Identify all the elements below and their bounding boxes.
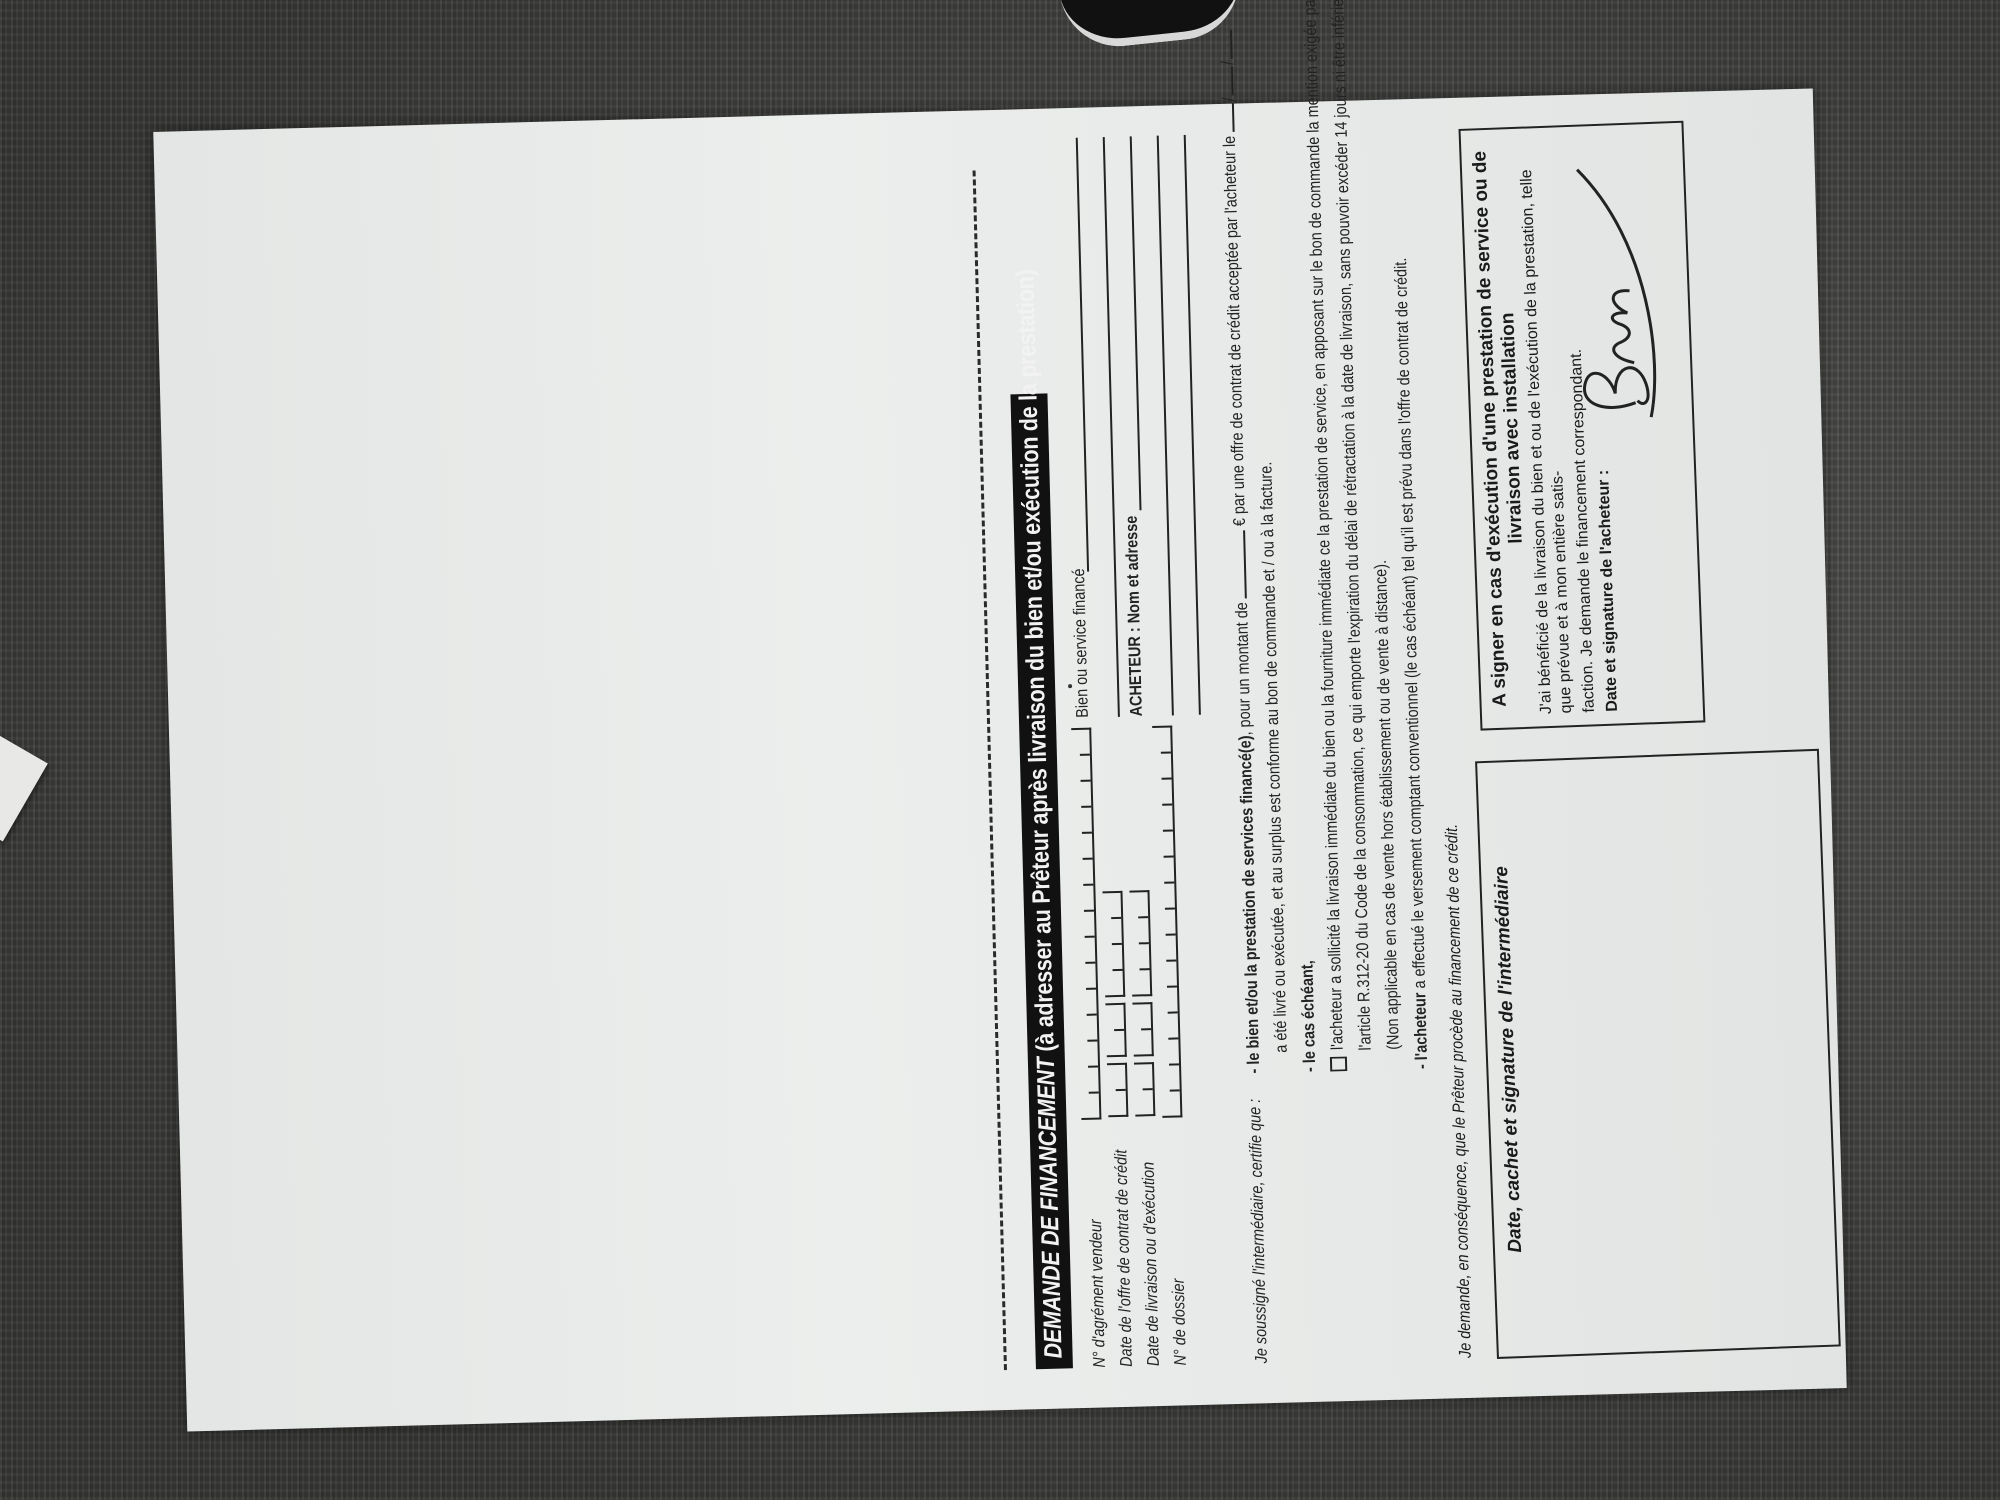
offer-date-day-input[interactable] (1107, 1063, 1128, 1118)
immediate-delivery-checkbox[interactable] (1330, 1057, 1347, 1072)
acceptance-year-input[interactable] (1216, 30, 1233, 59)
delivery-date-month-input[interactable] (1132, 1002, 1153, 1057)
delivery-date-year-input[interactable] (1129, 890, 1152, 996)
reference-fields: N° d'agrément vendeur Date de l'offre de… (1066, 725, 1218, 1368)
offer-date-month-input[interactable] (1105, 1003, 1126, 1058)
buyer-signature-box[interactable]: A signer en cas d'exécution d'une presta… (1458, 121, 1705, 731)
offer-date-year-input[interactable] (1102, 891, 1125, 997)
amount-input[interactable] (1229, 530, 1247, 598)
certification-section: Je soussigné l'intermédiaire, certifie q… (1212, 129, 1440, 1364)
acceptance-month-input[interactable] (1217, 66, 1234, 95)
form-page: DEMANDE DE FINANCEMENT (à adresser au Pr… (153, 88, 1846, 1431)
buyer-address-input-line3[interactable] (1183, 135, 1201, 715)
file-number-input[interactable] (1152, 725, 1182, 1117)
financing-request-form: DEMANDE DE FINANCEMENT (à adresser au Pr… (1004, 119, 1838, 1370)
buyer-fields: Bien ou service financé ACHETEUR : Nom e… (1051, 135, 1201, 728)
intermediary-signature-box[interactable]: Date, cachet et signature de l'intermédi… (1475, 749, 1841, 1359)
delivery-date-day-input[interactable] (1134, 1062, 1155, 1117)
svg-text:Brun: Brun (1655, 269, 1657, 272)
cut-line (973, 170, 1007, 1370)
financing-request-text: Je demande, en conséquence, que le Prête… (1442, 824, 1476, 1359)
acceptance-day-input[interactable] (1218, 103, 1235, 132)
intermediary-box-title: Date, cachet et signature de l'intermédi… (1487, 762, 1531, 1356)
if-applicable-label: - le cas échéant, (1297, 960, 1320, 1072)
